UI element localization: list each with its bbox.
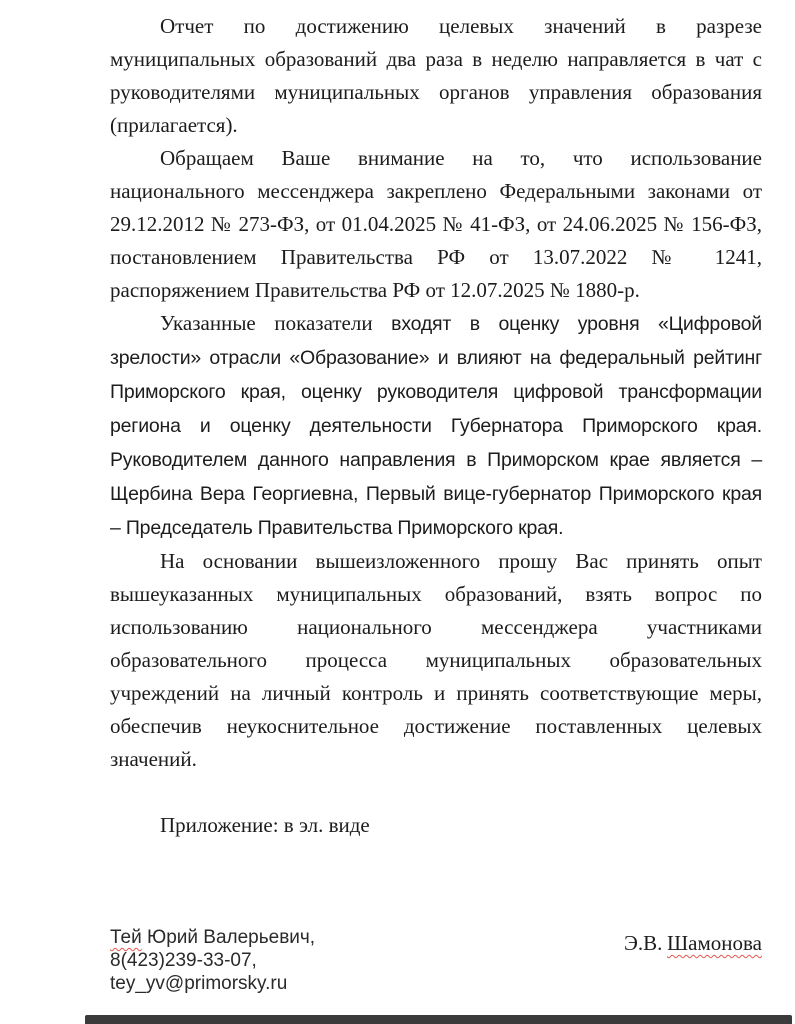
- paragraph-request: На основании вышеизложенного прошу Вас п…: [110, 545, 762, 776]
- contact-name-first-word: Тей: [110, 927, 142, 948]
- document-page: Отчет по достижению целевых значений в р…: [0, 0, 795, 1024]
- contact-name: Тей Юрий Валерьевич,: [110, 926, 315, 949]
- paragraph-digital-maturity-rest: входят в оценку уровня «Цифровой зрелост…: [110, 313, 762, 539]
- contact-email: tey_yv@primorsky.ru: [110, 972, 315, 995]
- paragraph-digital-maturity: Указанные показатели входят в оценку уро…: [110, 307, 762, 545]
- signature-initials: Э.В.: [624, 931, 662, 955]
- bottom-bar: [85, 1015, 792, 1024]
- paragraph-digital-maturity-lead: Указанные показатели: [160, 311, 373, 335]
- contact-name-rest: Юрий Валерьевич,: [142, 927, 315, 948]
- contact-phone: 8(423)239-33-07,: [110, 949, 315, 972]
- paragraph-legal-basis: Обращаем Ваше внимание на то, что исполь…: [110, 142, 762, 307]
- contact-block: Тей Юрий Валерьевич, 8(423)239-33-07, te…: [110, 926, 315, 995]
- signature-surname: Шамонова: [667, 931, 762, 955]
- attachment-line: Приложение: в эл. виде: [110, 809, 762, 842]
- paragraph-report-distribution: Отчет по достижению целевых значений в р…: [110, 10, 762, 142]
